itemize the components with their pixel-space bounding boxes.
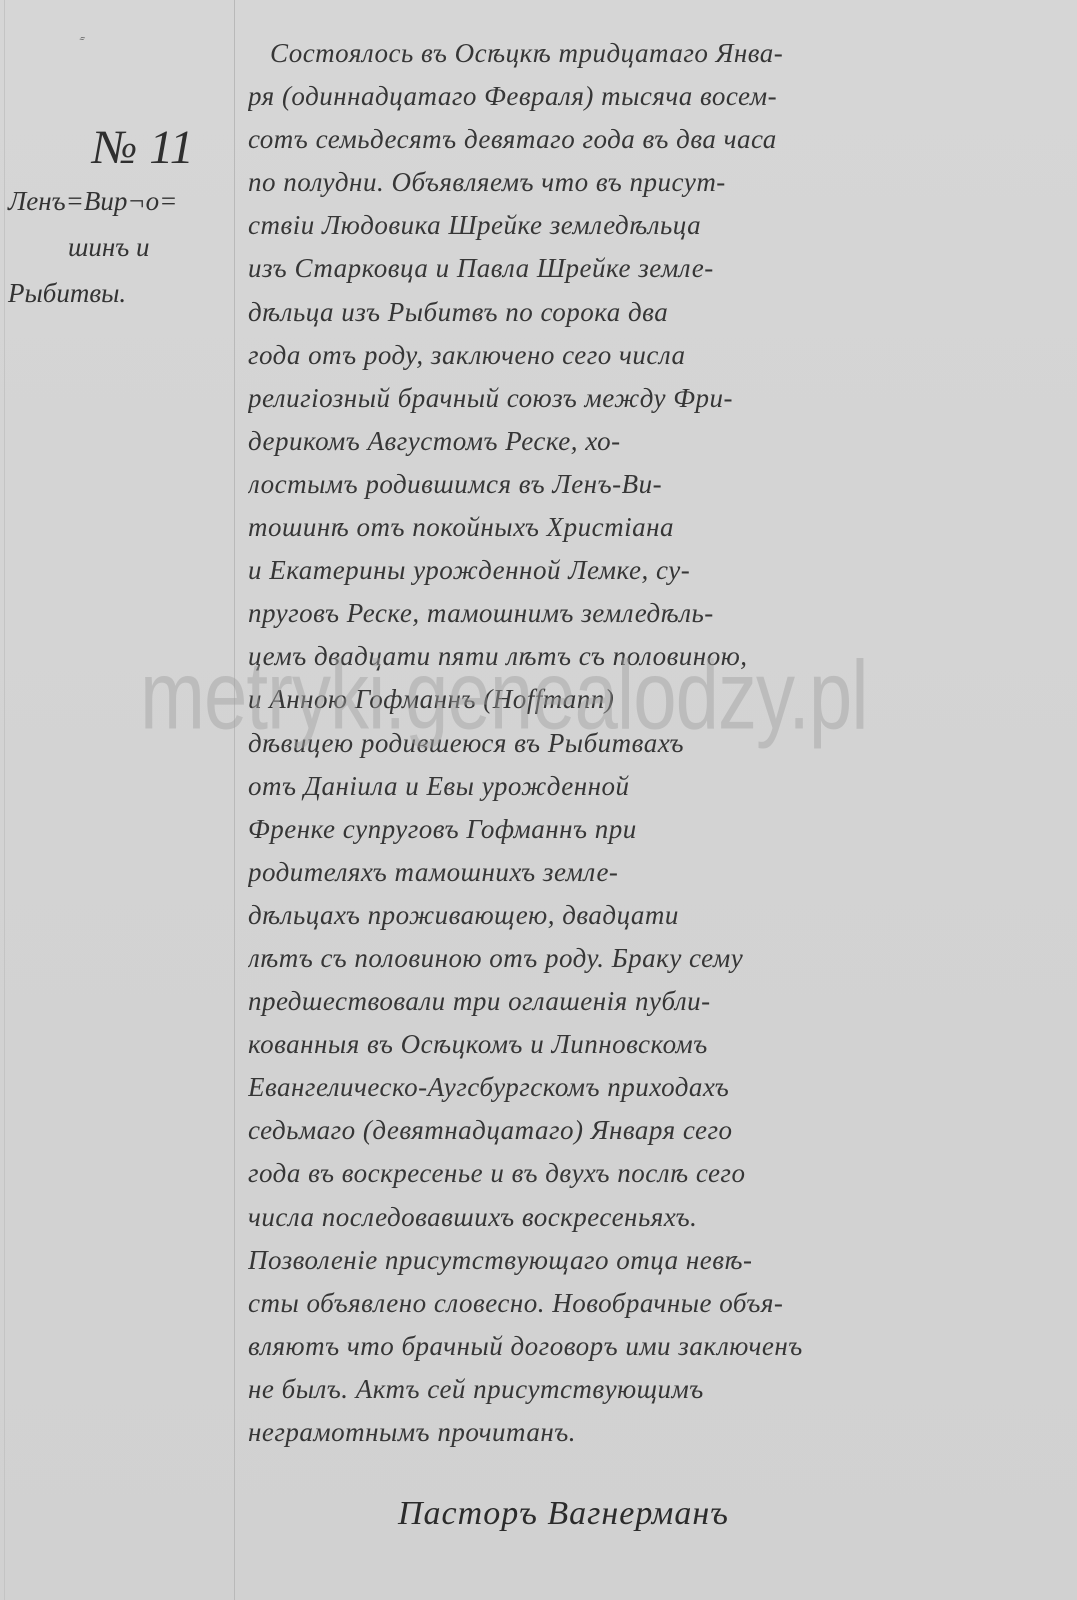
text-line: отъ Даніила и Евы урожденной <box>248 765 1068 808</box>
text-line: дѣвицею родившеюся въ Рыбитвахъ <box>248 722 1068 765</box>
entry-number: № 11 <box>92 120 194 175</box>
text-line: седьмаго (девятнадцатаго) Января сего <box>248 1109 1068 1152</box>
text-line: сты объявлено словесно. Новобрачные объя… <box>248 1282 1068 1325</box>
text-line: Френке супруговъ Гофманнъ при <box>248 808 1068 851</box>
text-line: года отъ роду, заключено сего числа <box>248 334 1068 377</box>
text-line: лостымъ родившимся въ Ленъ-Ви- <box>248 463 1068 506</box>
text-line: и Екатерины урожденной Лемке, су- <box>248 549 1068 592</box>
text-line: Евангелическо-Аугсбургскомъ приходахъ <box>248 1066 1068 1109</box>
text-line: пруговъ Реске, тамошнимъ земледѣль- <box>248 592 1068 635</box>
text-line: вляютъ что брачный договоръ ими заключен… <box>248 1325 1068 1368</box>
text-line: кованныя въ Осѣцкомъ и Липновскомъ <box>248 1023 1068 1066</box>
pastor-signature: Пасторъ Вагнерманъ <box>398 1495 729 1533</box>
text-line: ствіи Людовика Шрейке земледѣльца <box>248 204 1068 247</box>
text-line: сотъ семьдесятъ девятаго года въ два час… <box>248 118 1068 161</box>
text-line: дѣльцахъ проживающею, двадцати <box>248 894 1068 937</box>
text-line: родителяхъ тамошнихъ земле- <box>248 851 1068 894</box>
text-line: ря (одиннадцатаго Февраля) тысяча восем- <box>248 75 1068 118</box>
text-line: по полудни. Объявляемъ что въ присут- <box>248 161 1068 204</box>
margin-note-line: Ленъ=Вир¬о= <box>8 178 230 224</box>
text-line: тошинѣ отъ покойныхъ Христіана <box>248 506 1068 549</box>
text-line: религіозный брачный союзъ между Фри- <box>248 377 1068 420</box>
text-line: дерикомъ Августомъ Реске, хо- <box>248 420 1068 463</box>
text-line: неграмотнымъ прочитанъ. <box>248 1411 1068 1454</box>
margin-note: Ленъ=Вир¬о= шинъ и Рыбитвы. <box>8 178 230 316</box>
text-line: предшествовали три оглашенія публи- <box>248 980 1068 1023</box>
margin-rule <box>234 0 235 1600</box>
text-line: изъ Старковца и Павла Шрейке земле- <box>248 247 1068 290</box>
text-line: Позволеніе присутствующаго отца невѣ- <box>248 1239 1068 1282</box>
document-page: ⸗ № 11 Ленъ=Вир¬о= шинъ и Рыбитвы. Состо… <box>0 0 1077 1600</box>
text-line: не былъ. Актъ сей присутствующимъ <box>248 1368 1068 1411</box>
text-line: года въ воскресенье и въ двухъ послѣ сег… <box>248 1152 1068 1195</box>
ink-speck-mark: ⸗ <box>76 30 90 47</box>
page-edge-line <box>4 0 5 1600</box>
margin-note-line: Рыбитвы. <box>8 270 230 316</box>
text-line: дѣльца изъ Рыбитвъ по сорока два <box>248 291 1068 334</box>
record-body: Состоялось въ Осѣцкѣ тридцатаго Янва- ря… <box>248 32 1068 1454</box>
text-line: и Анною Гофманнъ (Hoffmann) <box>248 678 1068 721</box>
text-line: Состоялось въ Осѣцкѣ тридцатаго Янва- <box>248 32 1068 75</box>
margin-note-line: шинъ и <box>8 224 230 270</box>
text-line: цемъ двадцати пяти лѣтъ съ половиною, <box>248 635 1068 678</box>
text-line: лѣтъ съ половиною отъ роду. Браку сему <box>248 937 1068 980</box>
text-line: числа последовавшихъ воскресеньяхъ. <box>248 1196 1068 1239</box>
